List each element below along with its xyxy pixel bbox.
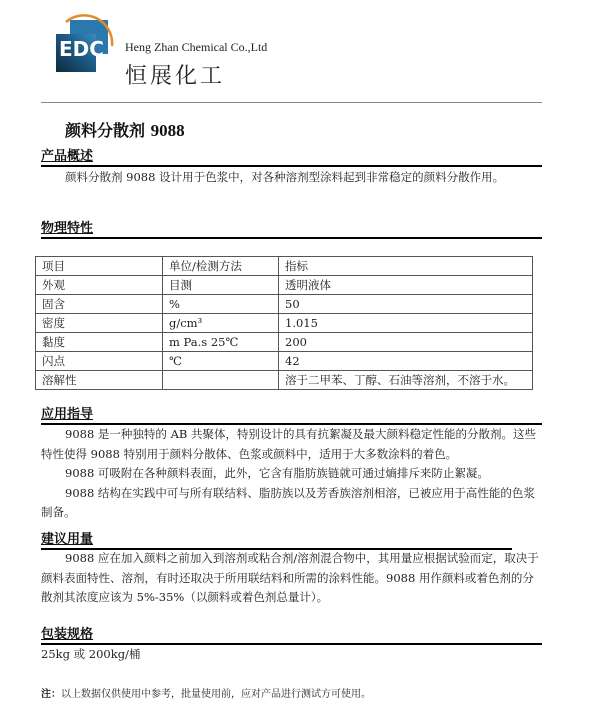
disclaimer-note: 注：以上数据仅供使用中参考，批量使用前，应对产品进行测试方可使用。 xyxy=(41,685,371,700)
table-cell: 目测 xyxy=(163,276,279,295)
table-cell: 50 xyxy=(279,295,533,314)
svg-text:EDC: EDC xyxy=(59,37,104,61)
note-label: 注： xyxy=(41,689,61,700)
table-header-cell: 指标 xyxy=(279,257,533,276)
application-text: 9088 是一种独特的 AB 共聚体，特别设计的具有抗絮凝及最大颜料稳定性能的分… xyxy=(41,425,542,523)
table-cell: 1.015 xyxy=(279,314,533,333)
note-text: 以上数据仅供使用中参考，批量使用前，应对产品进行测试方可使用。 xyxy=(61,689,371,700)
table-cell: 固含 xyxy=(36,295,163,314)
table-row: 固含 % 50 xyxy=(36,295,533,314)
company-name-en: Heng Zhan Chemical Co.,Ltd xyxy=(125,40,267,55)
product-code: 9088 xyxy=(151,121,185,140)
table-cell: 溶于二甲苯、丁醇、石油等溶剂，不溶于水。 xyxy=(279,371,533,390)
product-title: 颜料分散剂 9088 xyxy=(65,118,185,141)
packaging-text: 25kg 或 200kg/桶 xyxy=(41,645,542,665)
table-row: 黏度 m Pa.s 25℃ 200 xyxy=(36,333,533,352)
application-paragraph: 9088 可吸附在各种颜料表面，此外，它含有脂肪族链就可通过熵排斥来防止絮凝。 xyxy=(41,464,542,484)
table-row: 闪点 ℃ 42 xyxy=(36,352,533,371)
company-name-cn: 恒展化工 xyxy=(125,59,225,90)
section-heading-physical: 物理特性 xyxy=(41,221,542,239)
section-heading-packaging: 包装规格 xyxy=(41,627,542,645)
section-heading-application: 应用指导 xyxy=(41,407,542,425)
table-cell: 黏度 xyxy=(36,333,163,352)
overview-text: 颜料分散剂 9088 设计用于色浆中，对各种溶剂型涂料起到非常稳定的颜料分散作用… xyxy=(65,168,542,188)
table-row: 外观 目测 透明液体 xyxy=(36,276,533,295)
table-cell: 密度 xyxy=(36,314,163,333)
application-paragraph: 9088 是一种独特的 AB 共聚体，特别设计的具有抗絮凝及最大颜料稳定性能的分… xyxy=(41,425,542,464)
table-cell: 闪点 xyxy=(36,352,163,371)
table-cell xyxy=(163,371,279,390)
table-cell: 透明液体 xyxy=(279,276,533,295)
table-cell: 42 xyxy=(279,352,533,371)
section-heading-dosage: 建议用量 xyxy=(41,532,512,550)
table-row: 密度 g/cm³ 1.015 xyxy=(36,314,533,333)
header-divider xyxy=(41,102,542,103)
table-cell: 外观 xyxy=(36,276,163,295)
table-cell: 200 xyxy=(279,333,533,352)
application-paragraph: 9088 结构在实践中可与所有联结料、脂肪族以及芳香族溶剂相溶，已被应用于高性能… xyxy=(41,484,542,523)
dosage-text: 9088 应在加入颜料之前加入到溶剂或粘合剂/溶剂混合物中，其用量应根据试验而定… xyxy=(41,549,542,608)
table-header-row: 项目 单位/检测方法 指标 xyxy=(36,257,533,276)
table-row: 溶解性 溶于二甲苯、丁醇、石油等溶剂，不溶于水。 xyxy=(36,371,533,390)
company-logo: EDC xyxy=(52,12,114,74)
table-cell: % xyxy=(163,295,279,314)
table-cell: g/cm³ xyxy=(163,314,279,333)
product-name: 颜料分散剂 xyxy=(65,121,145,140)
section-heading-overview: 产品概述 xyxy=(41,149,542,167)
table-cell: ℃ xyxy=(163,352,279,371)
physical-properties-table: 项目 单位/检测方法 指标 外观 目测 透明液体 固含 % 50 密度 g/cm… xyxy=(35,256,533,390)
table-cell: 溶解性 xyxy=(36,371,163,390)
table-header-cell: 项目 xyxy=(36,257,163,276)
table-header-cell: 单位/检测方法 xyxy=(163,257,279,276)
table-cell: m Pa.s 25℃ xyxy=(163,333,279,352)
